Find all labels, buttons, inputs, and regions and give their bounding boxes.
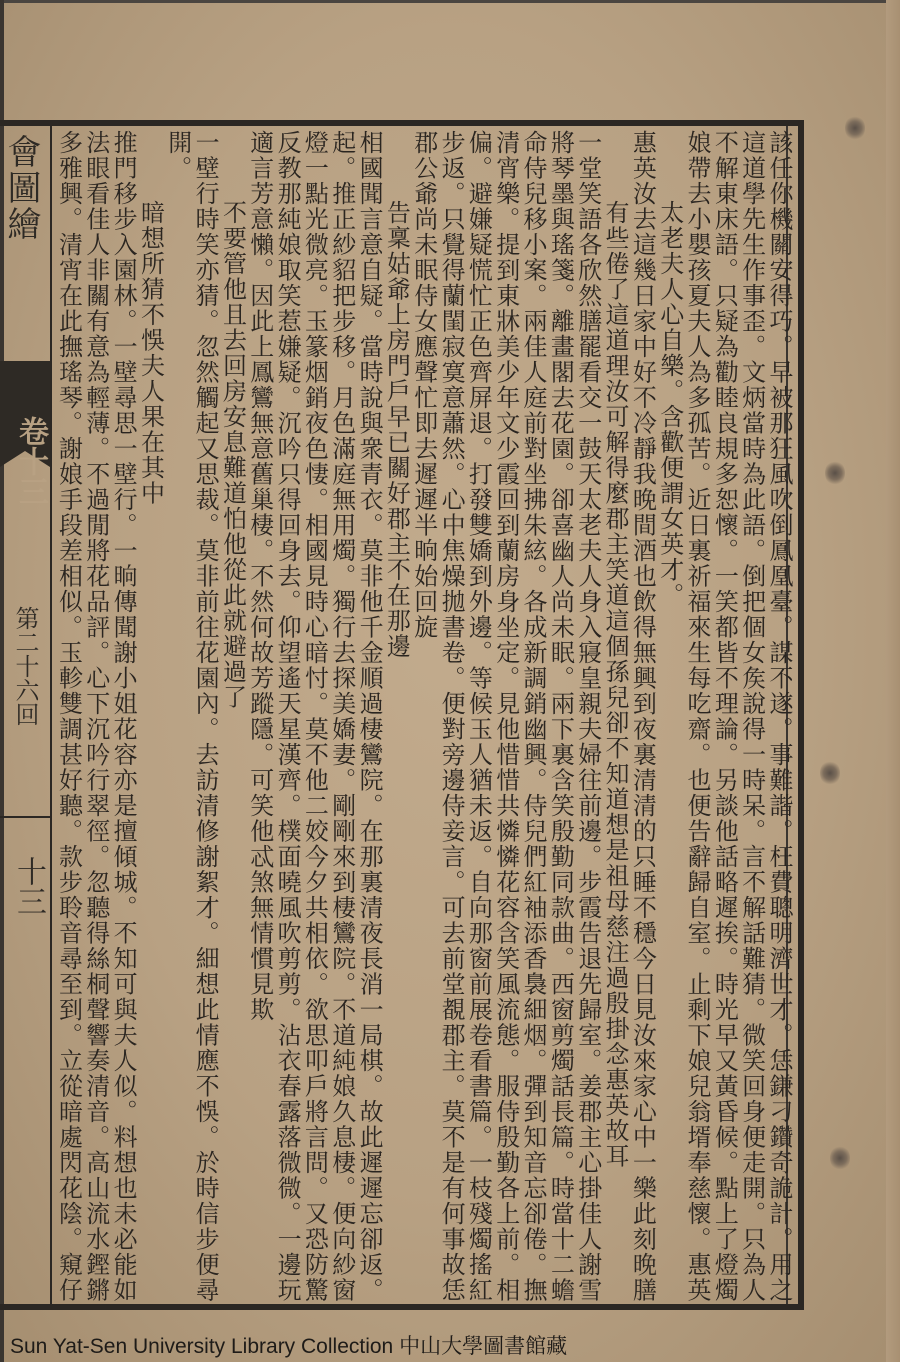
text-column: 該任你機關安得巧。早被那狂風吹倒鳳凰臺。謀不遂。事難諧。枉費聰明濟世才。恁鎌刁鑽… bbox=[767, 130, 794, 1302]
text-column: 惠英汝去這幾日家中好不冷靜我晚間酒也飲得無興到夜裏清清的只睡不穩今日見汝來家心中… bbox=[630, 130, 657, 1302]
text-column: 步返。只覺得蘭閨寂寞意蕭然。心中焦燥拋書卷。便對旁邊侍妾言。可去前堂覩郡主。莫不… bbox=[439, 130, 466, 1302]
text-column: 一堂笑語各欣然膳罷看交一鼓天太老夫人身入寢皇親夫婦往前邊。步霞告退先歸室。姜郡主… bbox=[575, 130, 602, 1302]
scan-edge-top bbox=[0, 0, 900, 3]
text-column: 命侍兒移小案。兩佳人庭前對坐拂朱絃。各成新調銷幽興。侍兒們紅袖添香裊細烟。彈到知… bbox=[521, 130, 548, 1302]
text-column: 不要管他且去回房安息難道怕他從此就避過了 bbox=[220, 130, 247, 1302]
text-column: 清宵樂。提到東牀美少年文少霞回到蘭房身坐定。見他惜惜共憐憐花容含笑風流態。服侍殷… bbox=[493, 130, 520, 1302]
text-column: 燈一點光微亮。玉篆烟銷夜色悽。相國見時心暗忖。莫不他二姣今夕共相依。欲思叩戶將言… bbox=[302, 130, 329, 1302]
text-column: 適言芳意懶。因此上鳳鸞無意舊巢棲。不然何故芳蹤隱。可笑他忒煞無情慣見欺 bbox=[247, 130, 274, 1302]
text-column: 一壁行時笑亦猜。忽然觸起又思裁。莫非前往花園內。去訪清修謝絮才。細想此情應不悞。… bbox=[193, 130, 220, 1302]
text-column: 告稟姑爺上房門戶早已關好郡主不在那邊 bbox=[384, 130, 411, 1302]
text-column: 暗想所猜不悞夫人果在其中 bbox=[138, 130, 165, 1302]
volume-label: 卷十三 bbox=[8, 416, 52, 506]
page-gutter: 會圖繪 卷十三 第二十六回 十三 bbox=[0, 126, 52, 1304]
paper-hole-mark bbox=[825, 460, 845, 486]
text-column: 太老夫人心自樂。含歡便謂女英才。 bbox=[657, 130, 684, 1302]
text-column: 推門移步入園林。一壁尋思一壁行。一晌傳聞謝小姐花容亦是擅傾城。不知可與夫人似。料… bbox=[111, 130, 138, 1302]
book-title: 會圖繪 bbox=[6, 134, 46, 242]
text-column: 多雅興。清宵在此撫瑤琴。謝娘手段差相似。玉軫雙調甚好聽。款步聆音尋至到。立從暗處… bbox=[56, 130, 83, 1302]
text-column: 開。 bbox=[165, 130, 192, 1302]
text-column: 娘帶去小嬰孩夏夫人為多孤苦。近日裏祈福來生每吃齋。也便告辭歸自室。止剩下娘兒翁壻… bbox=[685, 130, 712, 1302]
text-column: 將琴墨與瑤箋。離畫閣去花園。卻喜幽人尚未眠。兩下裏含笑殷勤同款曲。西窗剪燭話長篇… bbox=[548, 130, 575, 1302]
text-column: 相國聞言意自疑。當時說與衆青衣。莫非他千金順過棲鸞院。在那裏清夜長消一局棋。故此… bbox=[357, 130, 384, 1302]
text-column: 郡公爺尚未眠侍女應聲忙即去遲遲半晌始回旋 bbox=[411, 130, 438, 1302]
page-number: 十三 bbox=[6, 856, 50, 916]
paper-hole-mark bbox=[820, 760, 840, 786]
vertical-text-body: 該任你機關安得巧。早被那狂風吹倒鳳凰臺。謀不遂。事難諧。枉費聰明濟世才。恁鎌刁鑽… bbox=[56, 130, 794, 1302]
text-column: 起。推正紗貂把步移。月色滿庭無用燭。獨行去探美嬌妻。剛剛來到棲鸞院。不道純娘久息… bbox=[329, 130, 356, 1302]
text-column: 法眼看佳人非關有意為輕薄。不過閒將花品評。心下沉吟行翠徑。忽聽得絲桐聲響奏清音。… bbox=[83, 130, 110, 1302]
text-column: 不解東床語。只疑為勸睦良規多恕懷。一笑都皆不理論。另談他話略遲挨。時光早又黃昏候… bbox=[712, 130, 739, 1302]
text-column: 有些倦了這道理汝可解得麼郡主笑道這個孫兒卻不知道想是祖母慈注過殷掛念惠英故耳 bbox=[603, 130, 630, 1302]
library-watermark: Sun Yat-Sen University Library Collectio… bbox=[10, 1330, 567, 1360]
paper-hole-mark bbox=[830, 1145, 850, 1171]
gutter-divider bbox=[0, 816, 50, 818]
text-column: 反教那純娘取笑惹嫌疑。沉吟只得回身去。仰望遙天星漢齊。樸面曉風吹剪剪。沾衣春露落… bbox=[275, 130, 302, 1302]
scanned-book-page: 會圖繪 卷十三 第二十六回 十三 該任你機關安得巧。早被那狂風吹倒鳳凰臺。謀不遂… bbox=[0, 0, 900, 1362]
text-column: 偏。避嫌疑慌忙正色齊屏退。打發雙嬌到外邊。等候玉人猶未返。自向那窗前展卷看書篇。… bbox=[466, 130, 493, 1302]
paper-hole-mark bbox=[845, 115, 865, 141]
page-right-margin bbox=[886, 0, 900, 1362]
chapter-label: 第二十六回 bbox=[8, 606, 43, 726]
text-column: 這道學先生作事歪。文炳當時為此語。倒把個女矦說得一時呆。言不解話難猜。微笑回身便… bbox=[739, 130, 766, 1302]
